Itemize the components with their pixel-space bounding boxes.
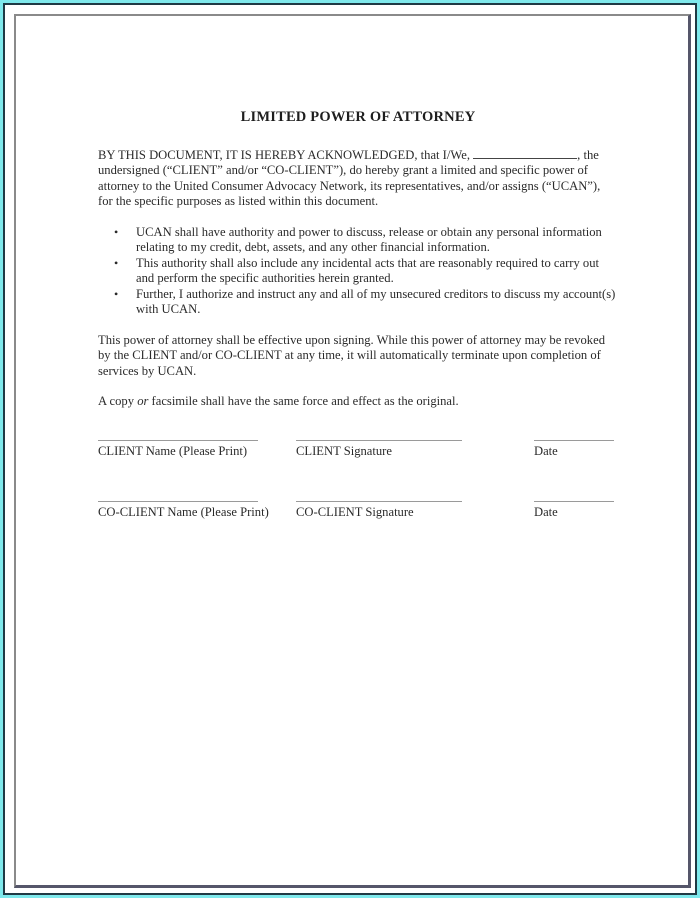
intro-text-start: BY THIS DOCUMENT, IT IS HEREBY ACKNOWLED… [98, 148, 470, 162]
co-client-name-field[interactable]: CO-CLIENT Name (Please Print) [98, 501, 258, 521]
client-name-field[interactable]: CLIENT Name (Please Print) [98, 440, 258, 460]
intro-paragraph: BY THIS DOCUMENT, IT IS HEREBY ACKNOWLED… [98, 147, 618, 210]
outer-frame: LIMITED POWER OF ATTORNEY BY THIS DOCUME… [3, 3, 697, 895]
client-signature-field[interactable]: CLIENT Signature [296, 440, 462, 460]
authority-item: This authority shall also include any in… [136, 256, 618, 287]
client-date-field[interactable]: Date [534, 440, 614, 460]
document-page: LIMITED POWER OF ATTORNEY BY THIS DOCUME… [14, 14, 691, 888]
authority-item: Further, I authorize and instruct any an… [136, 287, 618, 318]
signature-line [296, 440, 462, 441]
signature-line [296, 501, 462, 502]
copy-text-end: facsimile shall have the same force and … [148, 394, 458, 408]
client-name-blank[interactable] [473, 147, 577, 159]
co-client-date-label: Date [534, 505, 614, 521]
co-client-signature-row: CO-CLIENT Name (Please Print) CO-CLIENT … [98, 501, 618, 561]
authority-list: UCAN shall have authority and power to d… [98, 225, 618, 318]
co-client-name-label: CO-CLIENT Name (Please Print) [98, 505, 258, 521]
co-client-signature-field[interactable]: CO-CLIENT Signature [296, 501, 462, 521]
copy-text-start: A copy [98, 394, 137, 408]
signature-line [534, 440, 614, 441]
signature-line [98, 501, 258, 502]
document-content: LIMITED POWER OF ATTORNEY BY THIS DOCUME… [98, 96, 618, 561]
signature-line [534, 501, 614, 502]
authority-item: UCAN shall have authority and power to d… [136, 225, 618, 256]
client-signature-row: CLIENT Name (Please Print) CLIENT Signat… [98, 440, 618, 500]
effective-paragraph: This power of attorney shall be effectiv… [98, 333, 618, 380]
copy-paragraph: A copy or facsimile shall have the same … [98, 394, 618, 410]
signature-line [98, 440, 258, 441]
client-date-label: Date [534, 444, 614, 460]
document-title: LIMITED POWER OF ATTORNEY [98, 110, 618, 126]
client-signature-label: CLIENT Signature [296, 444, 462, 460]
copy-text-italic: or [137, 394, 148, 408]
intro-comma: , [577, 148, 580, 162]
client-name-label: CLIENT Name (Please Print) [98, 444, 258, 460]
co-client-date-field[interactable]: Date [534, 501, 614, 521]
co-client-signature-label: CO-CLIENT Signature [296, 505, 462, 521]
